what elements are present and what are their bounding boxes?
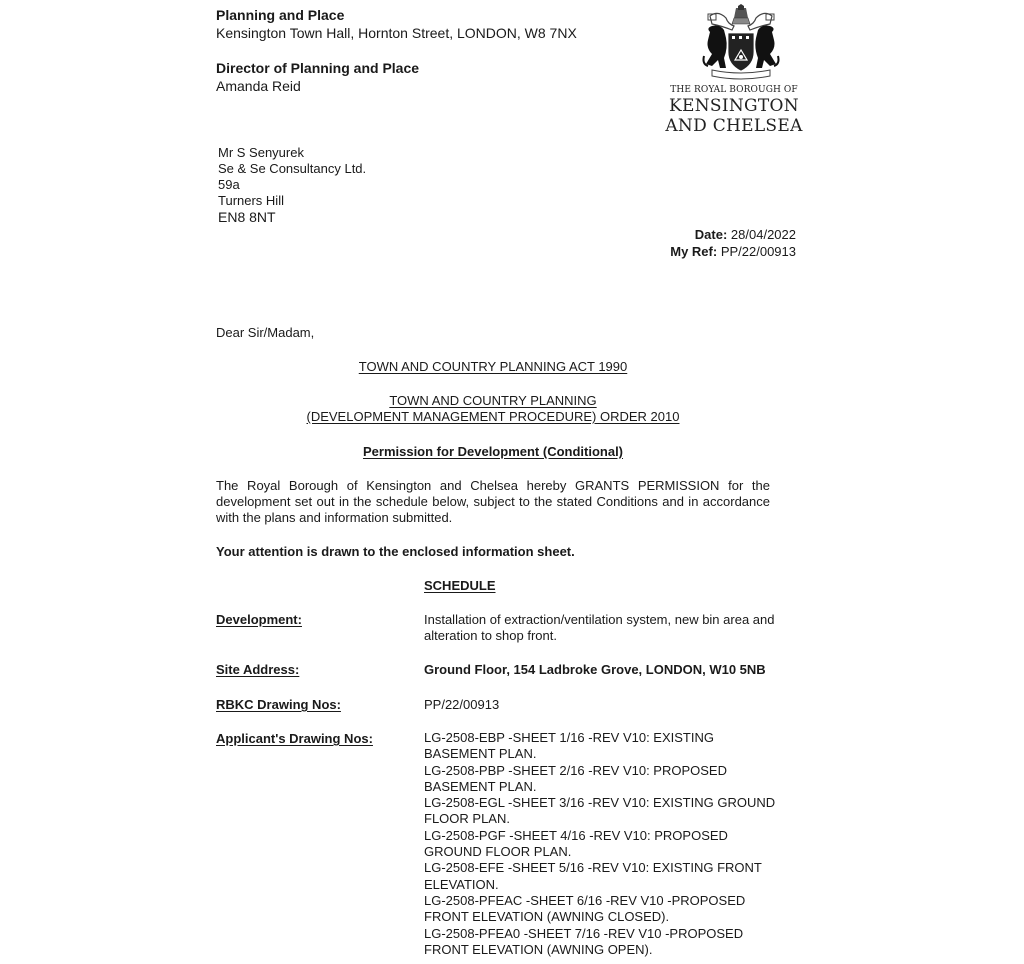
recipient-company: Se & Se Consultancy Ltd.: [218, 161, 366, 177]
ref-value: PP/22/00913: [721, 244, 796, 259]
schedule-title: SCHEDULE: [424, 578, 496, 594]
letter-reference: My Ref: PP/22/00913: [670, 244, 796, 260]
heading-order-line1: TOWN AND COUNTRY PLANNING: [216, 393, 770, 409]
department-address: Kensington Town Hall, Hornton Street, LO…: [216, 24, 577, 42]
director-title: Director of Planning and Place: [216, 59, 419, 77]
recipient-name: Mr S Senyurek: [218, 145, 304, 161]
logo-line3: AND CHELSEA: [664, 116, 804, 136]
drawing-list-line: LG-2508-PBP -SHEET 2/16 -REV V10: PROPOS…: [424, 763, 804, 779]
drawing-list-line: LG-2508-EFE -SHEET 5/16 -REV V10: EXISTI…: [424, 860, 804, 876]
director-name: Amanda Reid: [216, 77, 301, 95]
logo-line1: THE ROYAL BOROUGH OF: [664, 84, 804, 96]
permission-body: The Royal Borough of Kensington and Chel…: [216, 478, 770, 526]
recipient-address-line1: 59a: [218, 177, 240, 193]
drawing-list-line: ELEVATION.: [424, 877, 804, 893]
drawing-list-line: FRONT ELEVATION (AWNING CLOSED).: [424, 909, 804, 925]
development-value: Installation of extraction/ventilation s…: [424, 612, 774, 644]
letter-date: Date: 28/04/2022: [695, 227, 796, 243]
site-address-label: Site Address:: [216, 662, 299, 678]
site-address-value: Ground Floor, 154 Ladbroke Grove, LONDON…: [424, 662, 766, 678]
recipient-address-line2: Turners Hill: [218, 193, 284, 209]
heading-permission: Permission for Development (Conditional): [216, 444, 770, 460]
applicant-drawing-list: LG-2508-EBP -SHEET 1/16 -REV V10: EXISTI…: [424, 730, 804, 958]
drawing-list-line: LG-2508-EGL -SHEET 3/16 -REV V10: EXISTI…: [424, 795, 804, 811]
salutation: Dear Sir/Madam,: [216, 325, 314, 341]
heading-act: TOWN AND COUNTRY PLANNING ACT 1990: [216, 359, 770, 375]
date-label: Date:: [695, 227, 728, 242]
recipient-postcode: EN8 8NT: [218, 209, 276, 225]
drawing-list-line: LG-2508-EBP -SHEET 1/16 -REV V10: EXISTI…: [424, 730, 804, 746]
development-label: Development:: [216, 612, 302, 628]
drawing-list-line: LG-2508-PFEA0 -SHEET 7/16 -REV V10 -PROP…: [424, 926, 804, 942]
rbkc-drawing-value: PP/22/00913: [424, 697, 499, 713]
drawing-list-line: GROUND FLOOR PLAN.: [424, 844, 804, 860]
attention-note: Your attention is drawn to the enclosed …: [216, 544, 575, 560]
development-value-line1: Installation of extraction/ventilation s…: [424, 612, 774, 628]
drawing-list-line: FRONT ELEVATION (AWNING OPEN).: [424, 942, 804, 958]
date-value: 28/04/2022: [731, 227, 796, 242]
rbkc-drawing-label: RBKC Drawing Nos:: [216, 697, 341, 713]
borough-logo: THE ROYAL BOROUGH OF KENSINGTON AND CHEL…: [664, 84, 804, 136]
drawing-list-line: LG-2508-PFEAC -SHEET 6/16 -REV V10 -PROP…: [424, 893, 804, 909]
applicant-drawing-label: Applicant's Drawing Nos:: [216, 731, 373, 747]
drawing-list-line: FLOOR PLAN.: [424, 811, 804, 827]
ref-label: My Ref:: [670, 244, 717, 259]
development-value-line2: alteration to shop front.: [424, 628, 774, 644]
department-name: Planning and Place: [216, 6, 344, 24]
logo-line2: KENSINGTON: [664, 96, 804, 116]
coat-of-arms-icon: [698, 4, 784, 80]
drawing-list-line: BASEMENT PLAN.: [424, 779, 804, 795]
drawing-list-line: BASEMENT PLAN.: [424, 746, 804, 762]
heading-order-line2: (DEVELOPMENT MANAGEMENT PROCEDURE) ORDER…: [216, 409, 770, 425]
drawing-list-line: LG-2508-PGF -SHEET 4/16 -REV V10: PROPOS…: [424, 828, 804, 844]
